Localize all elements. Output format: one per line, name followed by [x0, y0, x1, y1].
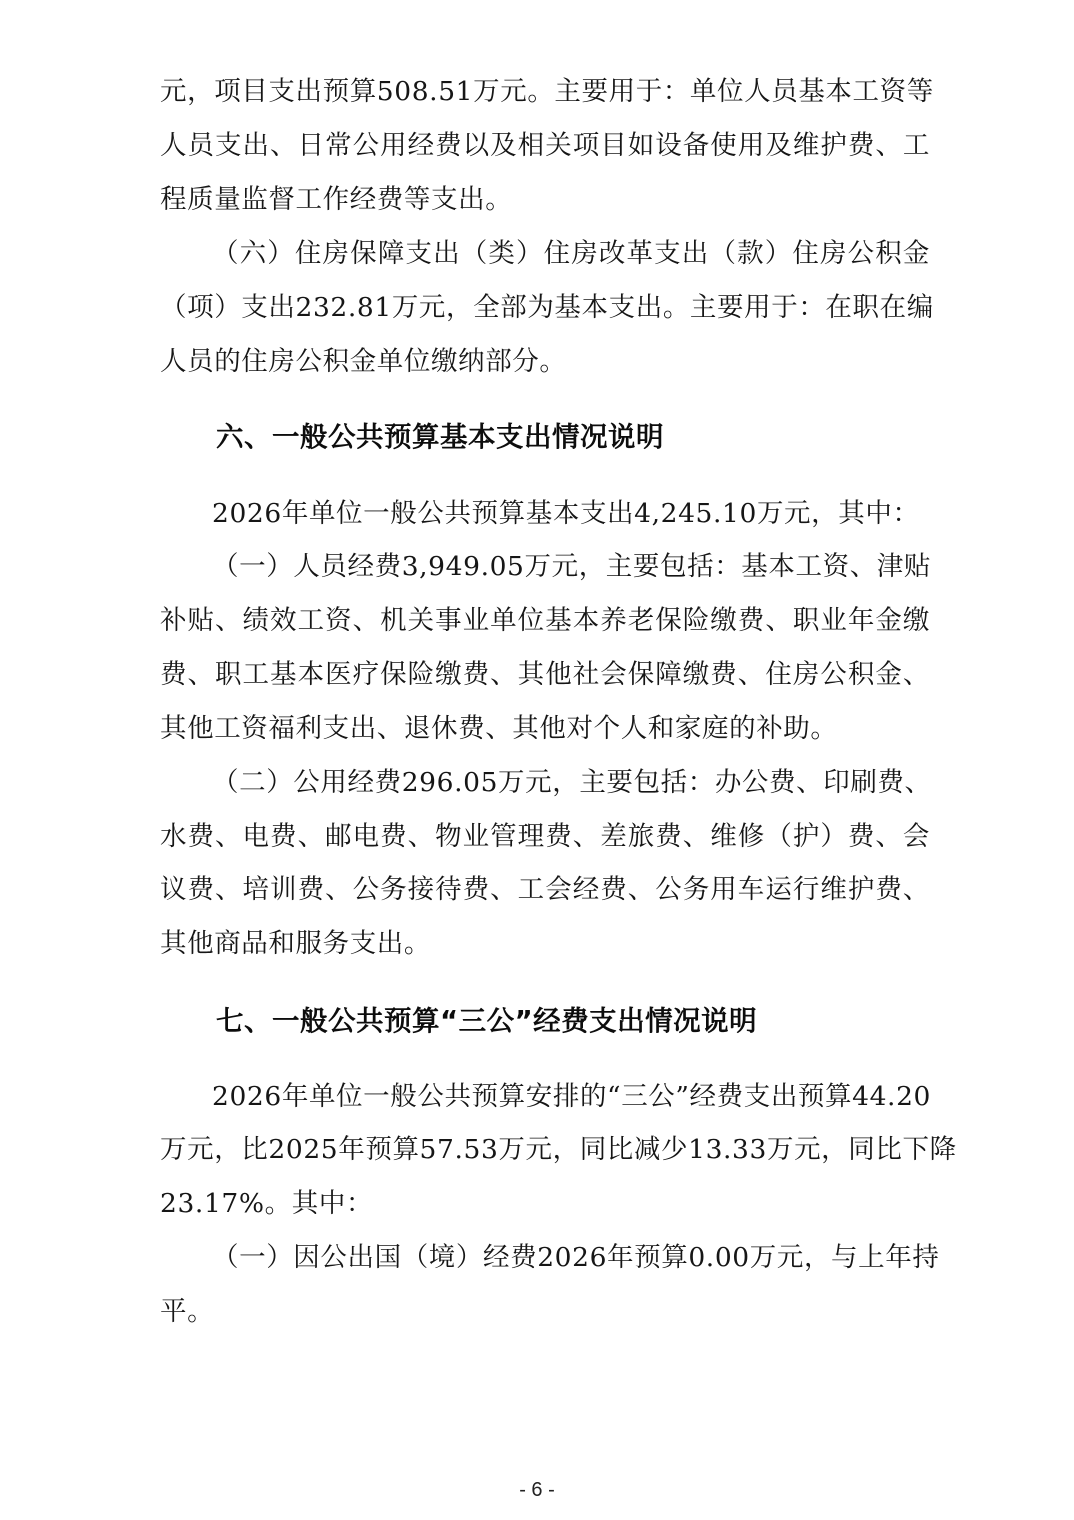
- text-line: 水费、电费、邮电费、物业管理费、差旅费、维修（护）费、会: [160, 820, 930, 854]
- text-line: 费、职工基本医疗保险缴费、其他社会保障缴费、住房公积金、: [160, 658, 930, 692]
- text-line: （项）支出232.81万元，全部为基本支出。主要用于：在职在编: [160, 291, 930, 325]
- text-line: 补贴、绩效工资、机关事业单位基本养老保险缴费、职业年金缴: [160, 604, 930, 638]
- text-line: 万元，比2025年预算57.53万元，同比减少13.33万元，同比下降: [160, 1133, 930, 1167]
- text-line: 人员支出、日常公用经费以及相关项目如设备使用及维护费、工: [160, 129, 930, 163]
- text-line: 23.17%。其中：: [160, 1187, 930, 1221]
- text-line: 人员的住房公积金单位缴纳部分。: [160, 345, 930, 379]
- text-line: （一）人员经费3,949.05万元，主要包括：基本工资、津贴: [212, 550, 930, 584]
- section-heading-7: 七、一般公共预算“三公”经费支出情况说明: [216, 1002, 757, 1040]
- section-6-intro: 2026年单位一般公共预算基本支出4,245.10万元，其中：: [212, 497, 930, 531]
- text-line: 其他商品和服务支出。: [160, 927, 930, 961]
- text-line: 程质量监督工作经费等支出。: [160, 183, 930, 217]
- text-line: （六）住房保障支出（类）住房改革支出（款）住房公积金: [212, 237, 930, 271]
- text-line: （二）公用经费296.05万元，主要包括：办公费、印刷费、: [212, 766, 930, 800]
- section-heading-6: 六、一般公共预算基本支出情况说明: [216, 418, 664, 456]
- document-page: 元，项目支出预算508.51万元。主要用于：单位人员基本工资等 人员支出、日常公…: [0, 0, 1074, 1520]
- text-line: 议费、培训费、公务接待费、工会经费、公务用车运行维护费、: [160, 873, 930, 907]
- text-line: 2026年单位一般公共预算安排的“三公”经费支出预算44.20: [212, 1080, 930, 1114]
- text-line: （一）因公出国（境）经费2026年预算0.00万元，与上年持: [212, 1241, 930, 1275]
- text-line: 其他工资福利支出、退休费、其他对个人和家庭的补助。: [160, 712, 930, 746]
- page-number: - 6 -: [0, 1478, 1074, 1502]
- text-line: 平。: [160, 1295, 930, 1329]
- text-line: 元，项目支出预算508.51万元。主要用于：单位人员基本工资等: [160, 75, 930, 109]
